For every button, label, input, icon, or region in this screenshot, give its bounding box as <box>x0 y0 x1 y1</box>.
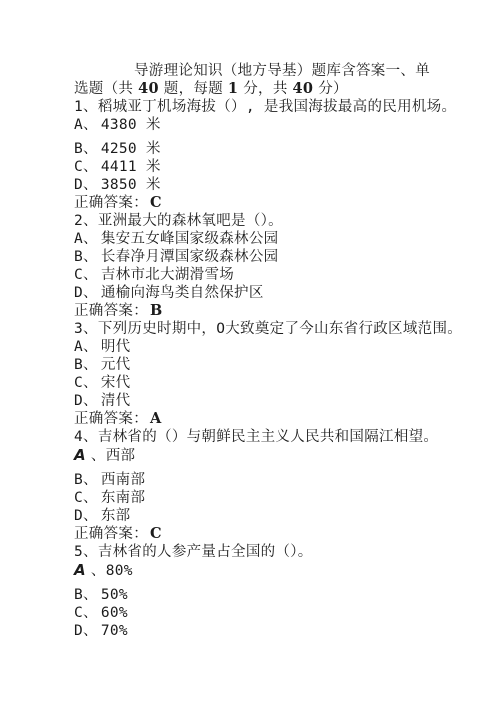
option-label: C、 <box>74 490 98 506</box>
option-label: B、 <box>74 249 98 265</box>
cjk-comma: 、 <box>91 448 106 464</box>
question-1-option-b: B、4250 米 <box>74 140 466 158</box>
question-1-text: 1、稻城亚丁机场海拔（）, 是我国海拔最高的民用机场。 <box>74 98 466 116</box>
option-label: A <box>74 561 86 579</box>
question-block-5: 5、吉林省的人参产量占全国的（）。 A、80% B、50% C、60% D、70… <box>74 543 466 640</box>
option-label: B、 <box>74 472 98 488</box>
question-3-option-a: A、明代 <box>74 338 466 356</box>
answer-letter: B <box>150 302 163 319</box>
option-text: 明代 <box>101 339 131 355</box>
answer-letter: C <box>150 525 162 542</box>
question-5-option-a: A、80% <box>74 561 466 580</box>
question-1-option-a: A、4380 米 <box>74 116 466 134</box>
option-text: 3850 米 <box>101 177 161 193</box>
option-text: 清代 <box>101 393 131 409</box>
option-label: C、 <box>74 375 98 391</box>
option-label: B、 <box>74 357 98 373</box>
option-text: 东南部 <box>101 490 145 506</box>
option-label: D、 <box>74 393 98 409</box>
option-label: A、 <box>74 117 98 133</box>
option-text: 宋代 <box>101 375 131 391</box>
subtitle-segment-bold: 1 <box>228 80 238 97</box>
subtitle-segment: 分） <box>313 81 348 97</box>
option-label: C、 <box>74 159 98 175</box>
option-text: 4250 米 <box>101 141 161 157</box>
question-4-option-c: C、东南部 <box>74 489 466 507</box>
answer-letter: C <box>150 194 162 211</box>
question-4-option-d: D、东部 <box>74 507 466 525</box>
question-1-option-d: D、3850 米 <box>74 176 466 194</box>
question-4-option-a: A、西部 <box>74 446 466 465</box>
option-text: 4380 米 <box>101 117 161 133</box>
answer-prefix: 正确答案： <box>74 195 148 211</box>
option-text: 50% <box>101 587 128 603</box>
option-label: B、 <box>74 587 98 603</box>
question-5-option-b: B、50% <box>74 586 466 604</box>
option-text: 60% <box>101 605 128 621</box>
option-label: A、 <box>74 339 98 355</box>
option-label: D、 <box>74 177 98 193</box>
option-text: 80% <box>106 563 133 579</box>
option-text: 西南部 <box>101 472 145 488</box>
option-label: B、 <box>74 141 98 157</box>
question-1-answer: 正确答案：C <box>74 194 466 212</box>
question-5-option-c: C、60% <box>74 604 466 622</box>
question-4-option-b: B、西南部 <box>74 471 466 489</box>
subtitle-segment: 题，每题 <box>159 81 228 97</box>
doc-title: 导游理论知识（地方导基）题库含答案一、单 <box>134 62 466 80</box>
option-label: D、 <box>74 623 98 639</box>
doc-subtitle: 选题（共 40 题，每题 1 分，共 40 分） <box>74 80 466 98</box>
subtitle-segment: 选题（共 <box>74 81 138 97</box>
question-2-option-d: D、通榆向海鸟类自然保护区 <box>74 284 466 302</box>
answer-prefix: 正确答案： <box>74 303 148 319</box>
subtitle-segment: 分，共 <box>238 81 292 97</box>
answer-prefix: 正确答案： <box>74 526 148 542</box>
question-4-answer: 正确答案：C <box>74 525 466 543</box>
option-text: 东部 <box>101 508 131 524</box>
question-2-answer: 正确答案：B <box>74 302 466 320</box>
option-label: C、 <box>74 267 98 283</box>
option-label: D、 <box>74 285 98 301</box>
option-text: 70% <box>101 623 128 639</box>
option-label: A <box>74 446 86 464</box>
question-1-option-c: C、4411 米 <box>74 158 466 176</box>
question-3-option-b: B、元代 <box>74 356 466 374</box>
question-4-text: 4、吉林省的（）与朝鲜民主主义人民共和国隔江相望。 <box>74 428 466 446</box>
answer-letter: A <box>150 410 162 427</box>
subtitle-segment-bold: 40 <box>138 80 159 97</box>
question-block-3: 3、下列历史时期中，O大致奠定了今山东省行政区域范围。 A、明代 B、元代 C、… <box>74 320 466 428</box>
question-5-text: 5、吉林省的人参产量占全国的（）。 <box>74 543 466 561</box>
option-text: 4411 米 <box>101 159 161 175</box>
question-3-option-c: C、宋代 <box>74 374 466 392</box>
option-text: 通榆向海鸟类自然保护区 <box>101 285 264 301</box>
answer-prefix: 正确答案： <box>74 411 148 427</box>
option-label: D、 <box>74 508 98 524</box>
question-block-1: 1、稻城亚丁机场海拔（）, 是我国海拔最高的民用机场。 A、4380 米 B、4… <box>74 98 466 212</box>
question-2-text: 2、亚洲最大的森林氧吧是（）。 <box>74 212 466 230</box>
option-text: 西部 <box>106 448 136 464</box>
option-text: 吉林市北大湖滑雪场 <box>101 267 234 283</box>
option-text: 集安五女峰国家级森林公园 <box>101 231 279 247</box>
question-3-text: 3、下列历史时期中，O大致奠定了今山东省行政区域范围。 <box>74 320 466 338</box>
option-label: C、 <box>74 605 98 621</box>
cjk-comma: 、 <box>91 563 106 579</box>
option-label: A、 <box>74 231 98 247</box>
question-3-answer: 正确答案：A <box>74 410 466 428</box>
question-2-option-b: B、长春净月潭国家级森林公园 <box>74 248 466 266</box>
question-5-option-d: D、70% <box>74 622 466 640</box>
question-3-option-d: D、清代 <box>74 392 466 410</box>
question-block-2: 2、亚洲最大的森林氧吧是（）。 A、集安五女峰国家级森林公园 B、长春净月潭国家… <box>74 212 466 320</box>
option-text: 元代 <box>101 357 131 373</box>
option-text: 长春净月潭国家级森林公园 <box>101 249 279 265</box>
subtitle-segment-bold: 40 <box>293 80 314 97</box>
question-block-4: 4、吉林省的（）与朝鲜民主主义人民共和国隔江相望。 A、西部 B、西南部 C、东… <box>74 428 466 543</box>
question-2-option-c: C、吉林市北大湖滑雪场 <box>74 266 466 284</box>
document-page: 导游理论知识（地方导基）题库含答案一、单 选题（共 40 题，每题 1 分，共 … <box>0 0 496 640</box>
question-2-option-a: A、集安五女峰国家级森林公园 <box>74 230 466 248</box>
